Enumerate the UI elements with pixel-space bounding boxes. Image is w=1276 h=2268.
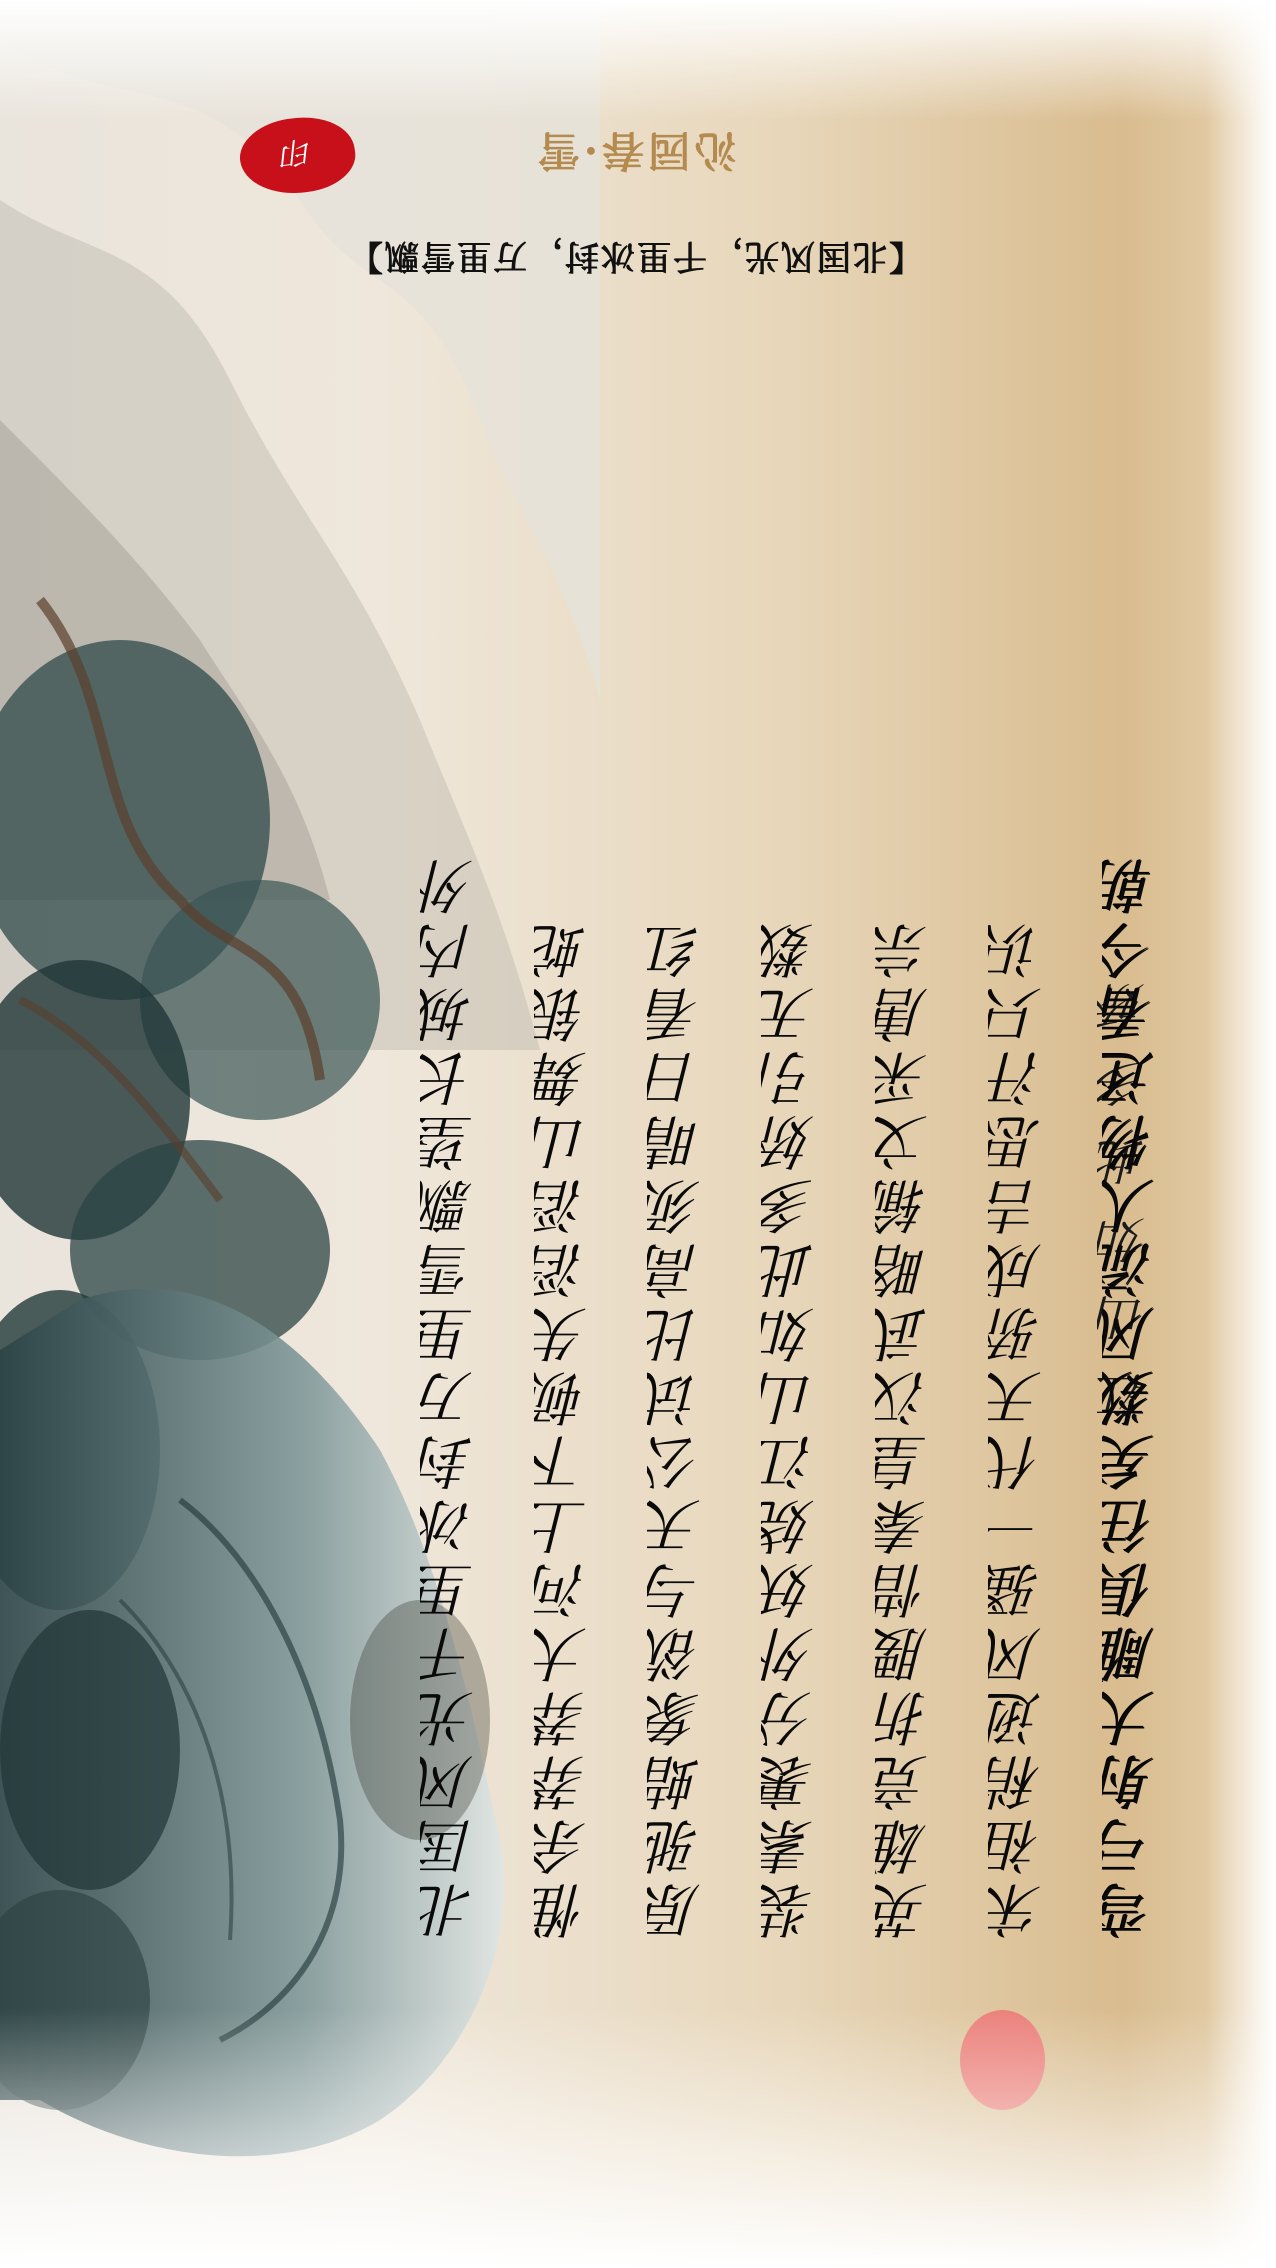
red-seal-stamp: 印: [235, 110, 359, 200]
poem-column: 弯弓射大雕俱往矣数风流人物还看今朝: [1102, 340, 1160, 1940]
calligraphy-poem: 北国风光千里冰封万里雪飘望长城内外 惟余莽莽大河上下顿失滔滔山舞银蛇 原驰蜡象欲…: [420, 340, 1160, 1940]
poem-column: 宋祖稍逊风骚一代天骄成吉思汗只识: [988, 340, 1046, 1940]
right-fade: [1206, 0, 1276, 2268]
bottom-fade: [0, 2008, 1276, 2268]
poem-column: 惟余莽莽大河上下顿失滔滔山舞银蛇: [534, 340, 592, 1940]
poem-column: 北国风光千里冰封万里雪飘望长城内外: [420, 340, 478, 1940]
seal-text: 印: [235, 110, 359, 200]
poem-column: 原驰蜡象欲与天公试比高须晴日看红: [647, 340, 705, 1940]
top-fade: [0, 0, 1276, 120]
poem-subtitle: 【北国风光，千里冰封，万里雪飘】: [330, 238, 940, 282]
poem-column: 装素裹分外妖娆江山如此多娇引无数: [761, 340, 819, 1940]
poem-title: 沁园春·雪: [520, 128, 750, 178]
painting-canvas: 印 沁园春·雪 【北国风光，千里冰封，万里雪飘】 江山如此多娇 北国风光千里冰封…: [0, 0, 1276, 2268]
poem-column: 英雄竞折腰惜秦皇汉武略输文采唐宗: [875, 340, 933, 1940]
